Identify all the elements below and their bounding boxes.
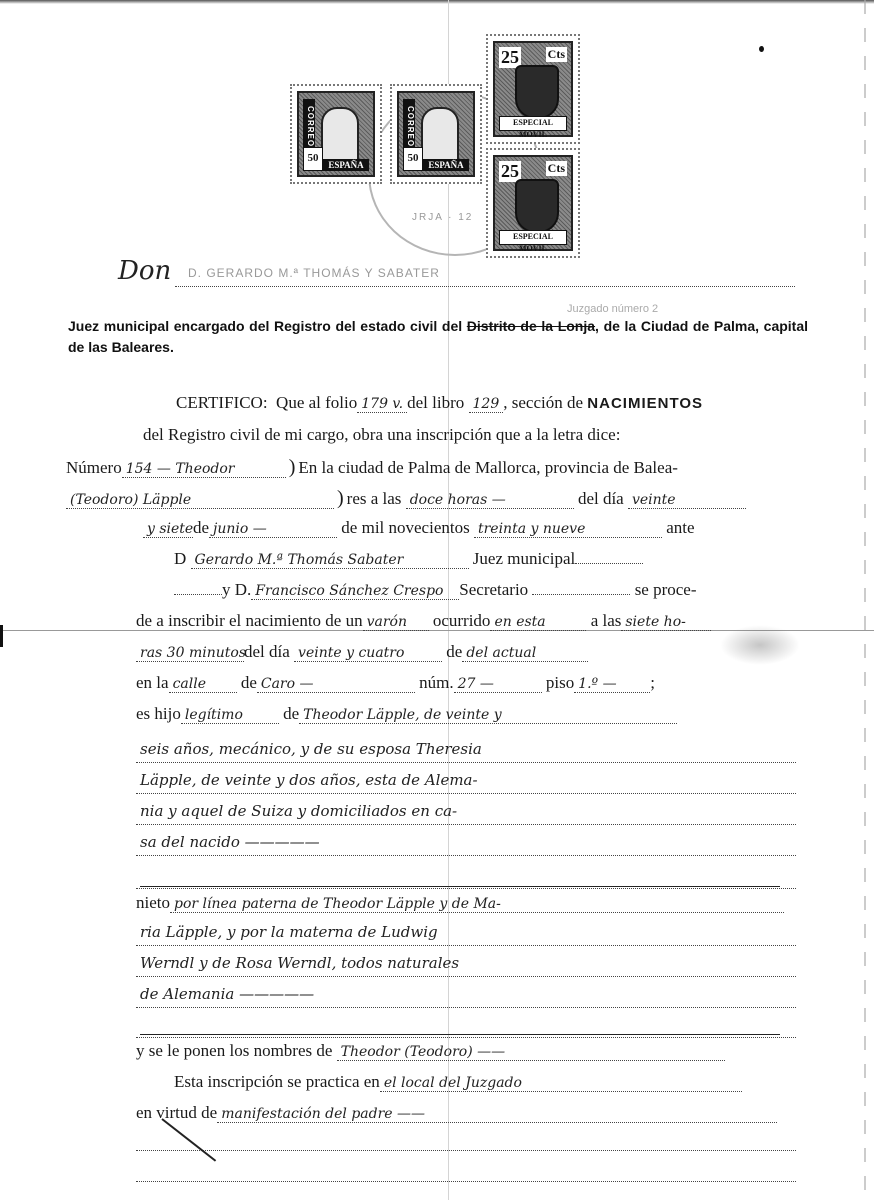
nombres-field: Theodor (Teodoro) —— <box>337 1044 725 1061</box>
blank-line <box>136 1181 796 1182</box>
juez-line: D Gerardo M.ª Thomás Sabater Juez munici… <box>174 549 643 569</box>
coat-of-arms-icon <box>515 65 559 119</box>
filler-stroke <box>140 886 780 887</box>
padres-line-4: nia y aquel de Suiza y domiciliados en c… <box>140 802 457 820</box>
abuelos-field-1: por línea paterna de Theodor Läpple y de… <box>170 896 784 913</box>
padres-field-1: Theodor Läpple, de veinte y <box>299 707 677 724</box>
virtud-field: manifestación del padre —— <box>217 1106 777 1123</box>
secretario-nombre-field: Francisco Sánchez Crespo <box>251 583 459 600</box>
page-right-edge <box>864 0 866 1200</box>
practica-line: Esta inscripción se practica enel local … <box>174 1072 742 1092</box>
padres-line-5: sa del nacido ————— <box>140 833 320 851</box>
stamp-value: 50 <box>303 147 323 171</box>
nombre-cont-field: (Teodoro) Läpple <box>66 492 334 509</box>
don-label: Don <box>118 256 171 286</box>
via-field: calle <box>169 676 237 693</box>
stamp-country: ESPAÑA <box>323 159 369 171</box>
fecha-line: y sietedejunio — de mil novecientos trei… <box>143 518 695 538</box>
stamp-label: ESPECIAL MOVIL <box>499 116 567 131</box>
registry-heading: Juez municipal encargado del Registro de… <box>68 316 808 358</box>
abuelos-line-2: ria Läpple, y por la materna de Ludwig <box>140 923 438 941</box>
sexo-field: varón <box>363 614 429 631</box>
postage-stamp-2: CORREOS 50 ESPAÑA <box>390 84 482 184</box>
section-name: NACIMIENTOS <box>587 395 703 412</box>
lugar-field: en esta <box>490 614 586 631</box>
calle-field: Caro — <box>257 676 415 693</box>
folio-field: 179 v. <box>357 396 407 413</box>
birth-certificate-page: JRJA · 12 CORREOS 50 ESPAÑA CORREOS 50 E… <box>0 0 874 1200</box>
numero-line: Número154 — Theodor)En la ciudad de Palm… <box>66 456 678 479</box>
mes-field: junio — <box>209 521 337 538</box>
hora-line: (Teodoro) Läpple)res a las doce horas — … <box>66 487 746 510</box>
padres-line-3: Läpple, de veinte y dos años, esta de Al… <box>140 771 478 789</box>
abuelos-line-4: de Alemania ————— <box>140 985 314 1003</box>
nieto-line: nietopor línea paterna de Theodor Läpple… <box>136 893 784 913</box>
blank-line <box>136 1150 796 1151</box>
secretario-line: y D.Francisco Sánchez CrespoSecretario s… <box>174 580 697 600</box>
piso-field: 1.º — <box>574 676 650 693</box>
filiacion-field: legítimo <box>181 707 279 724</box>
stamp-country: ESPAÑA <box>423 159 469 171</box>
judge-name-stamp: D. GERARDO M.ª THOMÁS Y SABATER <box>188 266 440 280</box>
nombres-line: y se le ponen los nombres de Theodor (Te… <box>136 1041 725 1061</box>
registry-line: del Registro civil de mi cargo, obra una… <box>143 425 620 445</box>
postage-stamp-1: CORREOS 50 ESPAÑA <box>290 84 382 184</box>
numero-field: 154 — Theodor <box>122 461 286 478</box>
stamp-unit: Cts <box>546 161 567 176</box>
hora-field: doce horas — <box>406 492 574 509</box>
hora-nac-field-2: ras 30 minutos <box>136 645 244 662</box>
mes-nac-field: del actual <box>462 645 588 662</box>
virtud-line: en virtud demanifestación del padre —— <box>136 1103 777 1123</box>
margin-mark <box>0 625 3 647</box>
dia-field-2: y siete <box>143 521 193 538</box>
certifico-line: CERTIFICO: Que al folio179 v.del libro 1… <box>176 393 703 413</box>
juzgado-number-stamp: Juzgado número 2 <box>567 303 658 315</box>
fiscal-stamp-1: 25 Cts ESPECIAL MOVIL <box>486 34 580 144</box>
fiscal-stamp-2: 25 Cts ESPECIAL MOVIL <box>486 148 580 258</box>
ink-speck <box>759 46 764 52</box>
nacimiento-line: de a inscribir el nacimiento de unvarón … <box>136 611 711 631</box>
abuelos-line-3: Werndl y de Rosa Werndl, todos naturales <box>140 954 459 972</box>
struck-district: Distrito de la Lonja <box>467 318 595 334</box>
page-top-edge <box>0 0 874 4</box>
dia-nac-line: ras 30 minutosdel día veinte y cuatro de… <box>136 642 588 662</box>
numero-casa-field: 27 — <box>454 676 542 693</box>
libro-field: 129 <box>469 396 504 413</box>
cancel-slash-mark <box>161 1118 216 1161</box>
stamp-unit: Cts <box>546 47 567 62</box>
domicilio-line: en lacalle deCaro — núm.27 — piso1.º —; <box>136 673 655 693</box>
dia-field-1: veinte <box>628 492 746 509</box>
postmark-text: JRJA · 12 <box>412 212 473 223</box>
padres-line-2: seis años, mecánico, y de su esposa Ther… <box>140 740 482 758</box>
filler-stroke <box>140 1034 780 1035</box>
stamp-label: ESPECIAL MOVIL <box>499 230 567 245</box>
stamp-value: 50 <box>403 147 423 171</box>
ink-smudge <box>720 625 800 665</box>
practica-field: el local del Juzgado <box>380 1075 742 1092</box>
coat-of-arms-icon <box>515 179 559 233</box>
dia-nac-field: veinte y cuatro <box>294 645 442 662</box>
anio-field: treinta y nueve <box>474 521 662 538</box>
filiacion-line: es hijolegítimo deTheodor Läpple, de vei… <box>136 704 677 724</box>
don-dotted-line <box>175 286 795 287</box>
juez-nombre-field: Gerardo M.ª Thomás Sabater <box>191 552 469 569</box>
hora-nac-field-1: siete ho- <box>621 614 711 631</box>
